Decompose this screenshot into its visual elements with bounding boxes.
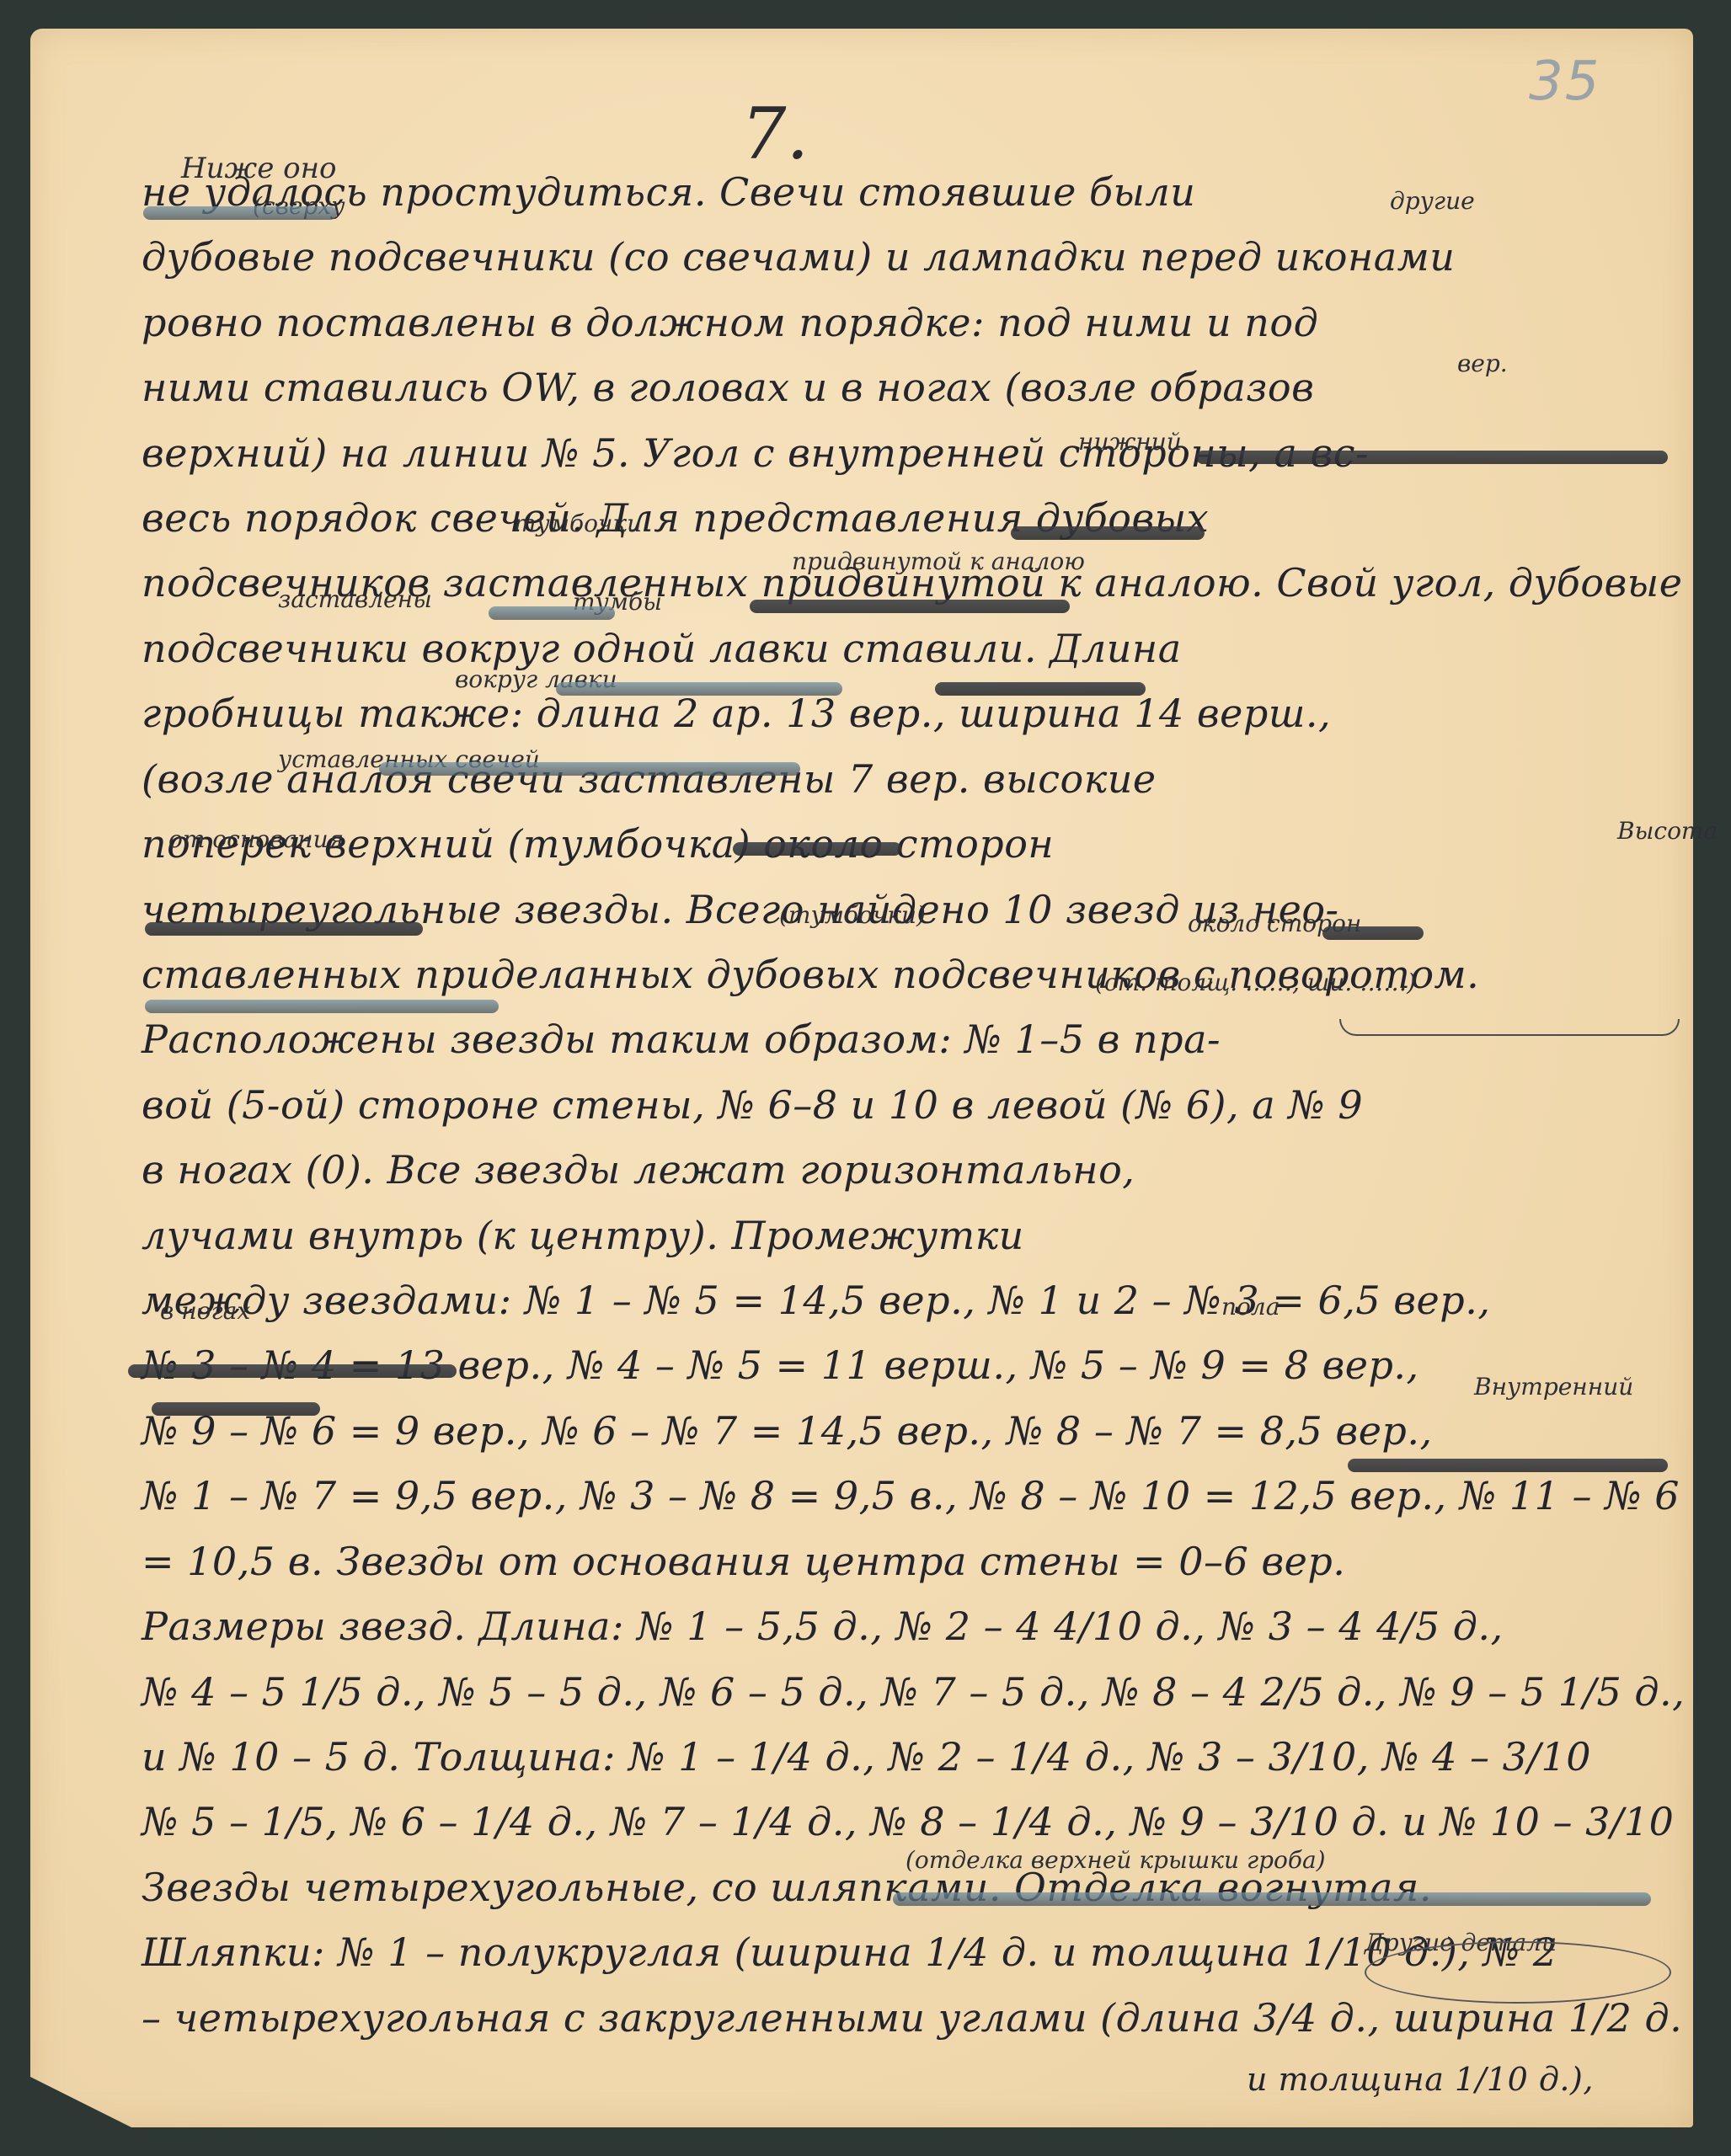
manuscript-line: № 1 – № 7 = 9,5 вер., № 3 – № 8 = 9,5 в.…	[142, 1476, 1683, 1515]
interlinear-insertion: вер.	[1457, 350, 1508, 377]
interlinear-insertion: (отделка верхней крышки гроба)	[906, 1846, 1326, 1874]
manuscript-line: между звездами: № 1 – № 5 = 14,5 вер., №…	[142, 1281, 1683, 1320]
manuscript-line: и № 10 – 5 д. Толщина: № 1 – 1/4 д., № 2…	[142, 1737, 1683, 1776]
strikethrough	[556, 682, 842, 696]
manuscript-line: = 10,5 в. Звезды от основания центра сте…	[142, 1542, 1683, 1581]
interlinear-insertion: в ногах	[160, 1297, 250, 1325]
interlinear-insertion: другие	[1390, 187, 1475, 215]
strikethrough	[893, 1892, 1651, 1906]
folio-number: 35	[1529, 51, 1600, 113]
manuscript-line: Размеры звезд. Длина: № 1 – 5,5 д., № 2 …	[142, 1607, 1683, 1646]
manuscript-line: лучами внутрь (к центру). Промежутки	[142, 1216, 1683, 1255]
strikethrough	[935, 682, 1146, 696]
interlinear-insertion: (тумбочки)	[779, 901, 926, 929]
manuscript-line: в ногах (0). Все звезды лежат горизонтал…	[142, 1150, 1683, 1189]
strikethrough	[1322, 926, 1424, 940]
interlinear-insertion: (ст. толщ. ……, ши. ……)	[1095, 969, 1416, 996]
strikethrough	[750, 600, 1070, 613]
manuscript-line: гробницы также: длина 2 ар. 13 вер., шир…	[142, 694, 1683, 733]
manuscript-line: – четырехугольная с закругленными углами…	[142, 1999, 1683, 2037]
strikethrough	[145, 922, 423, 936]
interlinear-insertion: пола	[1221, 1293, 1280, 1321]
brace-mark	[1339, 1019, 1680, 1036]
manuscript-line: ровно поставлены в должном порядке: под …	[142, 303, 1683, 342]
manuscript-line: подсвечники вокруг одной лавки ставили. …	[142, 629, 1683, 668]
manuscript-line: вой (5-ой) стороне стены, № 6–8 и 10 в л…	[142, 1086, 1683, 1124]
interlinear-insertion: нижний	[1078, 428, 1182, 456]
interlinear-insertion: заставлены	[278, 585, 432, 613]
interlinear-insertion: от основания	[168, 825, 344, 853]
strikethrough	[145, 1000, 499, 1013]
interlinear-insertion: придвинутой к аналою	[792, 547, 1085, 575]
strikethrough	[489, 606, 615, 620]
interlinear-insertion: Высота	[1617, 817, 1718, 845]
strikethrough	[128, 1364, 457, 1378]
strikethrough	[1196, 451, 1668, 464]
manuscript-line: поперек верхний (тумбочка) около сторон	[142, 825, 1683, 863]
manuscript-line: ставленных приделанных дубовых подсвечни…	[142, 955, 1683, 994]
manuscript-line: ними ставились OW, в головах и в ногах (…	[142, 368, 1683, 407]
manuscript-line: № 9 – № 6 = 9 вер., № 6 – № 7 = 14,5 вер…	[142, 1412, 1683, 1450]
manuscript-line: весь порядок свечей. Для представления д…	[142, 499, 1683, 537]
interlinear-insertion: тумбочки	[514, 510, 642, 537]
strikethrough	[152, 1402, 320, 1416]
strikethrough	[143, 206, 337, 220]
manuscript-line: и толщина 1/10 д.),	[1247, 2063, 1731, 2095]
manuscript-line: дубовые подсвечники (со свечами) и лампа…	[142, 237, 1683, 276]
strikethrough	[733, 842, 901, 856]
strikethrough	[1011, 526, 1205, 540]
page-number: 7.	[741, 93, 809, 175]
strikethrough	[1348, 1459, 1668, 1472]
strikethrough	[379, 762, 800, 776]
circled-note-outline	[1365, 1941, 1671, 2004]
manuscript-line: № 5 – 1/5, № 6 – 1/4 д., № 7 – 1/4 д., №…	[142, 1802, 1683, 1841]
interlinear-insertion: Внутренний	[1474, 1373, 1633, 1401]
manuscript-line: № 4 – 5 1/5 д., № 5 – 5 д., № 6 – 5 д., …	[142, 1673, 1683, 1711]
